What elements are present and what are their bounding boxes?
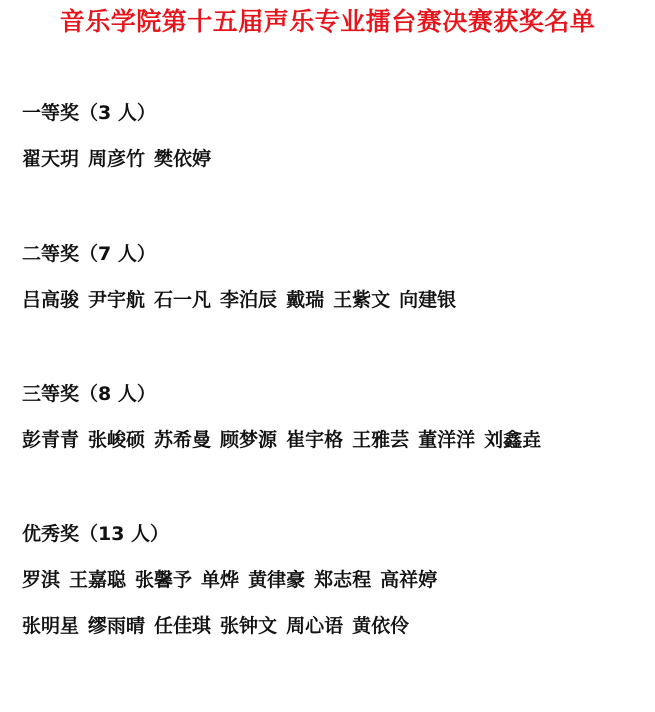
winner-name: 郑志程 xyxy=(314,568,371,592)
winner-name: 黄依伶 xyxy=(352,614,409,638)
winner-names-row: 张明星缪雨晴任佳琪张钟文周心语黄依伶 xyxy=(22,614,437,638)
award-section-third-prize: 三等奖（8 人） 彭青青张峻硕苏希曼顾梦源崔宇格王雅芸董洋洋刘鑫垚 xyxy=(22,382,541,452)
winner-name: 罗淇 xyxy=(22,568,60,592)
winner-name: 向建银 xyxy=(399,288,456,312)
document-title: 音乐学院第十五届声乐专业擂台赛决赛获奖名单 xyxy=(0,6,655,38)
award-heading: 优秀奖（13 人） xyxy=(22,522,437,546)
winner-name: 王雅芸 xyxy=(352,428,409,452)
winner-name: 樊依婷 xyxy=(154,147,211,171)
award-section-second-prize: 二等奖（7 人） 吕高骏尹宇航石一凡李泊辰戴瑞王紫文向建银 xyxy=(22,242,456,312)
winner-name: 张馨予 xyxy=(135,568,192,592)
winner-name: 顾梦源 xyxy=(220,428,277,452)
award-heading: 三等奖（8 人） xyxy=(22,382,541,406)
winner-name: 周心语 xyxy=(286,614,343,638)
winner-name: 黄律豪 xyxy=(248,568,305,592)
winner-name: 苏希曼 xyxy=(154,428,211,452)
winner-name: 崔宇格 xyxy=(286,428,343,452)
winner-name: 董洋洋 xyxy=(418,428,475,452)
winner-name: 刘鑫垚 xyxy=(484,428,541,452)
award-section-first-prize: 一等奖（3 人） 翟天玥周彦竹樊依婷 xyxy=(22,101,211,171)
winner-name: 吕高骏 xyxy=(22,288,79,312)
winner-name: 戴瑞 xyxy=(286,288,324,312)
winner-name: 王紫文 xyxy=(333,288,390,312)
award-heading: 二等奖（7 人） xyxy=(22,242,456,266)
winner-name: 张峻硕 xyxy=(88,428,145,452)
winner-name: 张钟文 xyxy=(220,614,277,638)
award-section-excellence: 优秀奖（13 人） 罗淇王嘉聪张馨予单烨黄律豪郑志程高祥婷 张明星缪雨晴任佳琪张… xyxy=(22,522,437,638)
winner-names-row: 翟天玥周彦竹樊依婷 xyxy=(22,147,211,171)
winner-name: 张明星 xyxy=(22,614,79,638)
award-heading: 一等奖（3 人） xyxy=(22,101,211,125)
winner-name: 彭青青 xyxy=(22,428,79,452)
winner-names-row: 罗淇王嘉聪张馨予单烨黄律豪郑志程高祥婷 xyxy=(22,568,437,592)
winner-name: 王嘉聪 xyxy=(69,568,126,592)
winner-name: 李泊辰 xyxy=(220,288,277,312)
winner-name: 单烨 xyxy=(201,568,239,592)
winner-name: 缪雨晴 xyxy=(88,614,145,638)
winner-name: 任佳琪 xyxy=(154,614,211,638)
winner-names-row: 彭青青张峻硕苏希曼顾梦源崔宇格王雅芸董洋洋刘鑫垚 xyxy=(22,428,541,452)
winner-name: 周彦竹 xyxy=(88,147,145,171)
winner-names-row: 吕高骏尹宇航石一凡李泊辰戴瑞王紫文向建银 xyxy=(22,288,456,312)
winner-name: 高祥婷 xyxy=(380,568,437,592)
winner-name: 尹宇航 xyxy=(88,288,145,312)
winner-name: 石一凡 xyxy=(154,288,211,312)
winner-name: 翟天玥 xyxy=(22,147,79,171)
